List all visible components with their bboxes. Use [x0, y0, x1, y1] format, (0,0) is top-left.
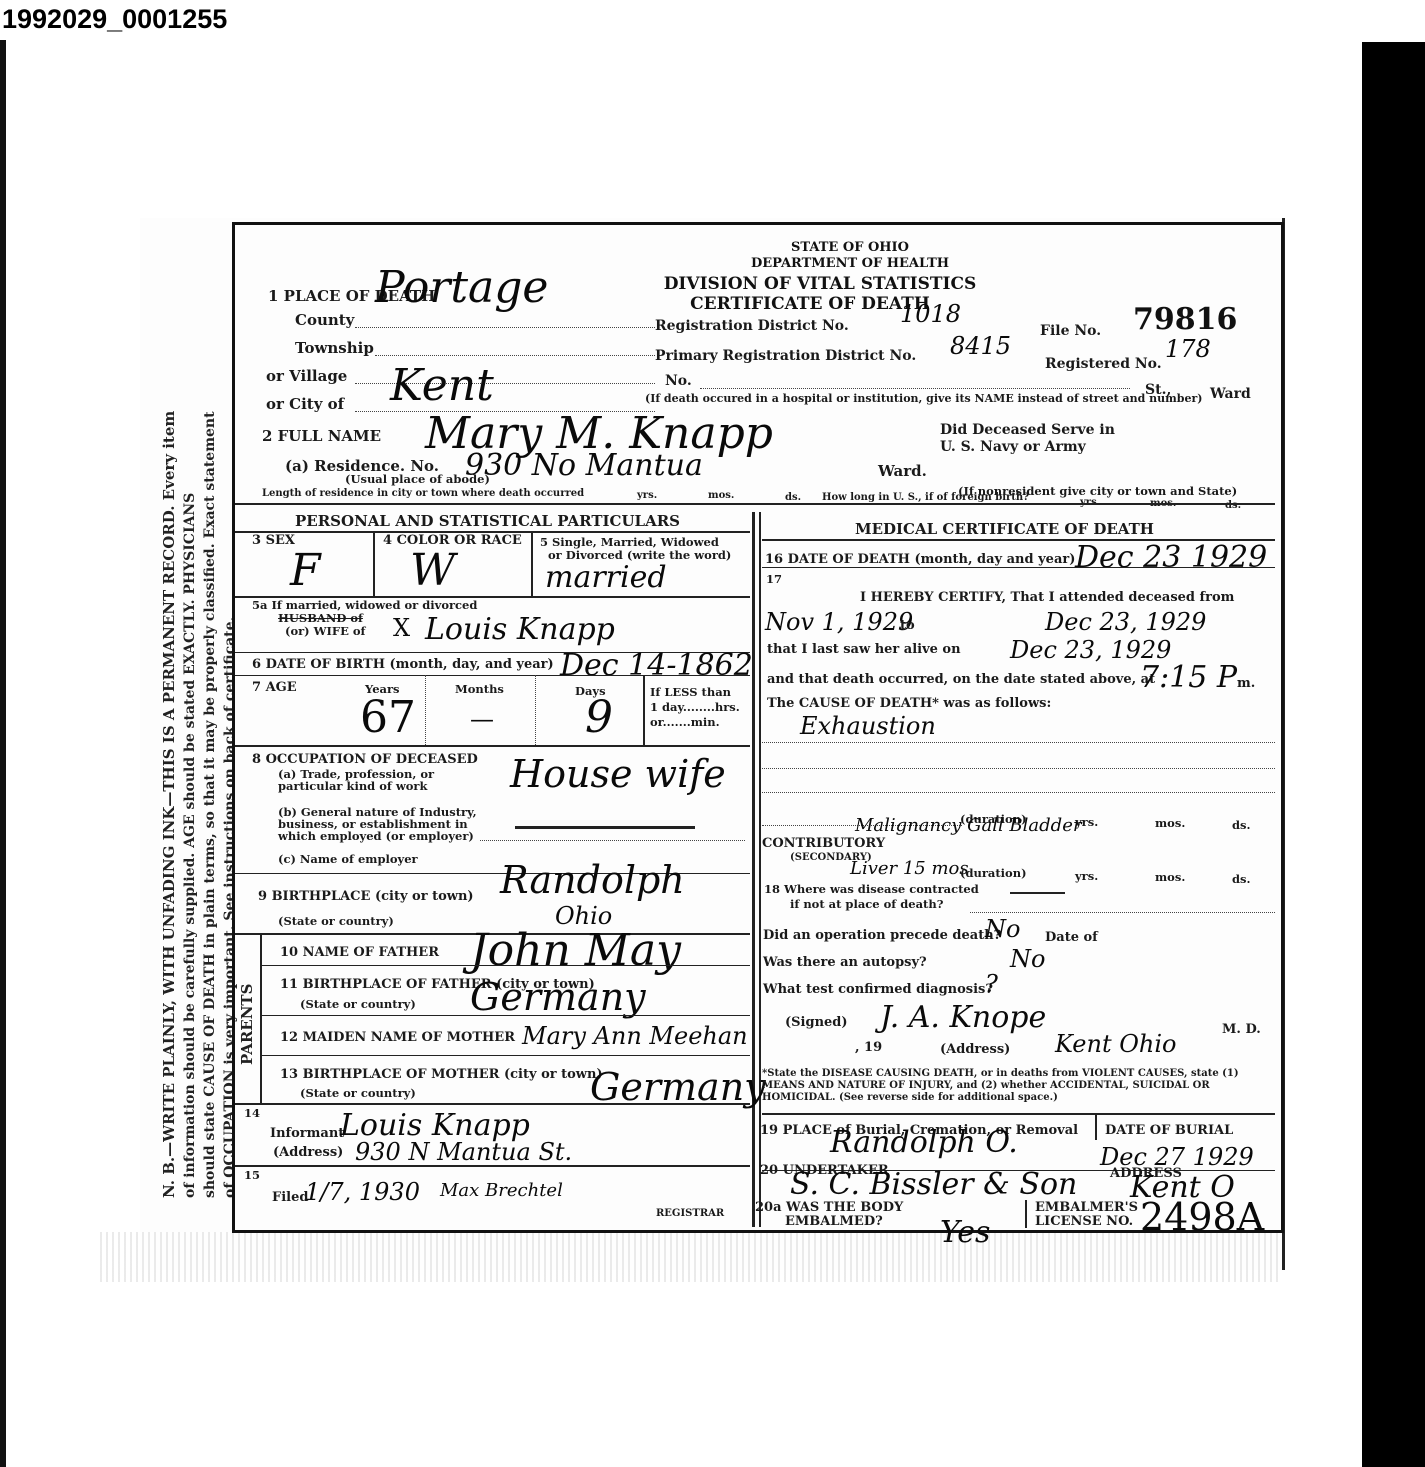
margin-notes: N. B.—WRITE PLAINLY, WITH UNFADING INK—T… — [140, 218, 232, 1228]
birthplace-label: 9 BIRTHPLACE (city or town) — [258, 889, 474, 904]
contracted-label-1: 18 Where was disease contracted — [764, 882, 979, 896]
attended-to-value: Dec 23, 1929 — [1045, 608, 1206, 636]
margin-note-line2: of information should be carefully suppl… — [182, 493, 198, 1198]
employer-label: (c) Name of employer — [278, 852, 418, 866]
medical-section-title: MEDICAL CERTIFICATE OF DEATH — [855, 520, 1154, 538]
months-label: Months — [455, 682, 504, 696]
operation-label: Did an operation precede death? — [763, 928, 1001, 943]
filed-label: Filed — [272, 1190, 308, 1205]
age-label: 7 AGE — [252, 680, 297, 695]
time-of-death-label: and that death occurred, on the date sta… — [767, 672, 1155, 687]
operation-value: No — [985, 915, 1020, 943]
scan-right-bar — [1362, 42, 1425, 1467]
mother-maiden-name-label: 12 MAIDEN NAME OF MOTHER — [280, 1030, 515, 1045]
test-value: ? — [985, 970, 998, 998]
registered-no-value: 178 — [1165, 335, 1211, 363]
md-label: M. D. — [1222, 1022, 1261, 1037]
served-label-2: U. S. Navy or Army — [940, 439, 1086, 455]
residence-ward-label: Ward. — [878, 462, 927, 480]
birth-state-label: (State or country) — [278, 914, 394, 928]
township-label: Township — [295, 339, 374, 357]
undertaker-value: S. C. Bissler & Son — [790, 1167, 1077, 1202]
marital-value: married — [545, 560, 667, 595]
informant-address-label: (Address) — [273, 1145, 343, 1160]
sex-label: 3 SEX — [252, 533, 295, 548]
burial-date-label: DATE OF BURIAL — [1105, 1123, 1233, 1138]
street-no-label: No. — [665, 373, 692, 389]
physician-address-label: (Address) — [940, 1042, 1010, 1057]
days-value: 9 — [585, 692, 613, 743]
industry-value-dash — [515, 826, 695, 829]
signed-label: (Signed) — [785, 1015, 848, 1030]
length-ds-label: ds. — [785, 492, 801, 503]
dob-label: 6 DATE OF BIRTH (month, day, and year) — [252, 657, 554, 672]
date-of-death-value: Dec 23 1929 — [1075, 540, 1267, 575]
physician-signature: J. A. Knope — [880, 1000, 1046, 1035]
file-no-value: 79816 — [1133, 302, 1237, 337]
embalmed-value: Yes — [940, 1215, 990, 1250]
duration-yrs-2: yrs. — [1075, 869, 1098, 883]
physician-address-value: Kent Ohio — [1055, 1030, 1176, 1058]
years-value: 67 — [360, 692, 416, 743]
duration-ds-2: ds. — [1232, 872, 1251, 886]
document-id: 1992029_0001255 — [2, 4, 227, 35]
scan-noise — [100, 1232, 1280, 1282]
dob-value: Dec 14-1862 — [560, 648, 753, 683]
reg-district-label: Registration District No. — [655, 318, 849, 334]
foreign-ds-label: ds. — [1225, 500, 1241, 511]
father-birth-state-label: (State or country) — [300, 997, 416, 1011]
date-of-death-label: 16 DATE OF DEATH (month, day and year) — [765, 552, 1075, 567]
months-value: — — [470, 705, 494, 733]
certify-label: I HEREBY CERTIFY, That I attended deceas… — [860, 590, 1234, 605]
city-label: or City of — [266, 395, 344, 413]
duration-mos-2: mos. — [1155, 870, 1185, 884]
license-label-2: LICENSE NO. — [1035, 1214, 1133, 1229]
length-of-residence-label: Length of residence in city or town wher… — [262, 488, 584, 499]
license-label-1: EMBALMER'S — [1035, 1200, 1138, 1215]
file-no-label: File No. — [1040, 323, 1101, 339]
ward-label: Ward — [1210, 386, 1251, 402]
occupation-label: 8 OCCUPATION OF DECEASED — [252, 752, 478, 767]
autopsy-label: Was there an autopsy? — [763, 955, 927, 970]
margin-note-line3: should state CAUSE OF DEATH in plain ter… — [202, 411, 218, 1198]
less-than-label-2: 1 day........hrs. — [650, 700, 740, 714]
time-of-death-value: 7:15 P — [1140, 660, 1237, 695]
marital-label-1: 5 Single, Married, Widowed — [540, 535, 719, 549]
trade-value: House wife — [510, 752, 726, 796]
primary-reg-label: Primary Registration District No. — [655, 348, 916, 364]
contributory-value: Malignancy Gall Bladder — [855, 815, 1081, 836]
registrar-label: REGISTRAR — [656, 1208, 724, 1219]
residence-value: 930 No Mantua — [465, 448, 703, 483]
contracted-label-2: if not at place of death? — [790, 897, 943, 911]
industry-label-3: which employed (or employer) — [278, 829, 474, 843]
hospital-note: (If death occured in a hospital or insti… — [645, 392, 1202, 405]
informant-number: 14 — [244, 1106, 260, 1120]
license-value: 2498A — [1140, 1195, 1264, 1239]
time-m-label: m. — [1237, 676, 1255, 691]
spouse-mark: X — [393, 614, 410, 642]
full-name-label: 2 FULL NAME — [262, 427, 381, 445]
spouse-label-1: 5a If married, widowed or divorced — [252, 598, 477, 612]
duration-label-2: (duration) — [960, 866, 1027, 880]
burial-place-value: Randolph O. — [830, 1125, 1018, 1160]
attended-from-value: Nov 1, 1929 — [765, 608, 913, 636]
length-yrs-label: yrs. — [637, 490, 657, 501]
village-label: or Village — [266, 367, 347, 385]
personal-section-title: PERSONAL AND STATISTICAL PARTICULARS — [295, 512, 680, 530]
embalmed-label-2: EMBALMED? — [785, 1214, 883, 1229]
spouse-label-3: (or) WIFE of — [285, 624, 365, 638]
informant-label: Informant — [270, 1126, 344, 1141]
contributory-value-2: Liver 15 mos — [850, 858, 969, 879]
autopsy-value: No — [1010, 945, 1045, 973]
scan-left-edge — [0, 40, 6, 1467]
margin-note-line1: N. B.—WRITE PLAINLY, WITH UNFADING INK—T… — [160, 411, 178, 1198]
father-name-value: John May — [470, 925, 681, 976]
cause-of-death-value: Exhaustion — [800, 712, 936, 740]
duration-ds-1: ds. — [1232, 818, 1251, 832]
state-title: STATE OF OHIO — [700, 240, 1000, 255]
operation-date-label: Date of — [1045, 930, 1098, 945]
mother-birthplace-label: 13 BIRTHPLACE OF MOTHER (city or town) — [280, 1067, 603, 1082]
served-label-1: Did Deceased Serve in — [940, 422, 1115, 438]
mother-maiden-name-value: Mary Ann Meehan — [522, 1022, 748, 1050]
primary-reg-value: 8415 — [950, 332, 1011, 360]
birthplace-value: Randolph — [500, 858, 685, 902]
race-value: W — [410, 545, 455, 596]
embalmed-label-1: 20a WAS THE BODY — [755, 1200, 903, 1215]
parents-label: PARENTS — [238, 984, 256, 1065]
last-saw-label: that I last saw her alive on — [767, 642, 961, 657]
registrar-signature: Max Brechtel — [440, 1180, 563, 1201]
year-label: , 19 — [855, 1040, 882, 1055]
county-label: County — [295, 311, 354, 329]
county-value: Portage — [375, 262, 548, 313]
cause-of-death-label: The CAUSE OF DEATH* was as follows: — [767, 696, 1051, 711]
registered-no-label: Registered No. — [1045, 356, 1162, 372]
attended-to-label: to — [900, 618, 915, 633]
spouse-value: Louis Knapp — [425, 612, 615, 647]
cause-footnote: *State the DISEASE CAUSING DEATH, or in … — [762, 1068, 1247, 1104]
informant-address-value: 930 N Mantua St. — [355, 1138, 572, 1166]
spouse-label-2: HUSBAND of — [278, 611, 363, 625]
mother-birth-state-label: (State or country) — [300, 1086, 416, 1100]
trade-label-2: particular kind of work — [278, 779, 427, 793]
city-value: Kent — [390, 360, 494, 411]
sex-value: F — [290, 545, 321, 596]
abode-note: (Usual place of abode) — [345, 472, 490, 486]
department-title: DEPARTMENT OF HEALTH — [690, 256, 1010, 271]
division-title: DIVISION OF VITAL STATISTICS — [640, 274, 1000, 294]
father-name-label: 10 NAME OF FATHER — [280, 945, 439, 960]
contributory-label: CONTRIBUTORY — [762, 836, 885, 851]
filed-date-value: 1/7, 1930 — [305, 1178, 420, 1206]
foreign-birth-label: How long in U. S., if of foreign birth? — [822, 492, 1029, 503]
father-birthplace-value: Germany — [470, 975, 646, 1019]
test-label: What test confirmed diagnosis? — [763, 982, 993, 997]
certify-number: 17 — [766, 572, 782, 586]
duration-mos-1: mos. — [1155, 816, 1185, 830]
length-mos-label: mos. — [708, 490, 734, 501]
filed-number: 15 — [244, 1168, 260, 1182]
less-than-label-1: If LESS than — [650, 685, 731, 699]
reg-district-value: 1018 — [900, 300, 961, 328]
contracted-value-dash — [1010, 892, 1065, 894]
less-than-label-3: or.......min. — [650, 715, 720, 729]
